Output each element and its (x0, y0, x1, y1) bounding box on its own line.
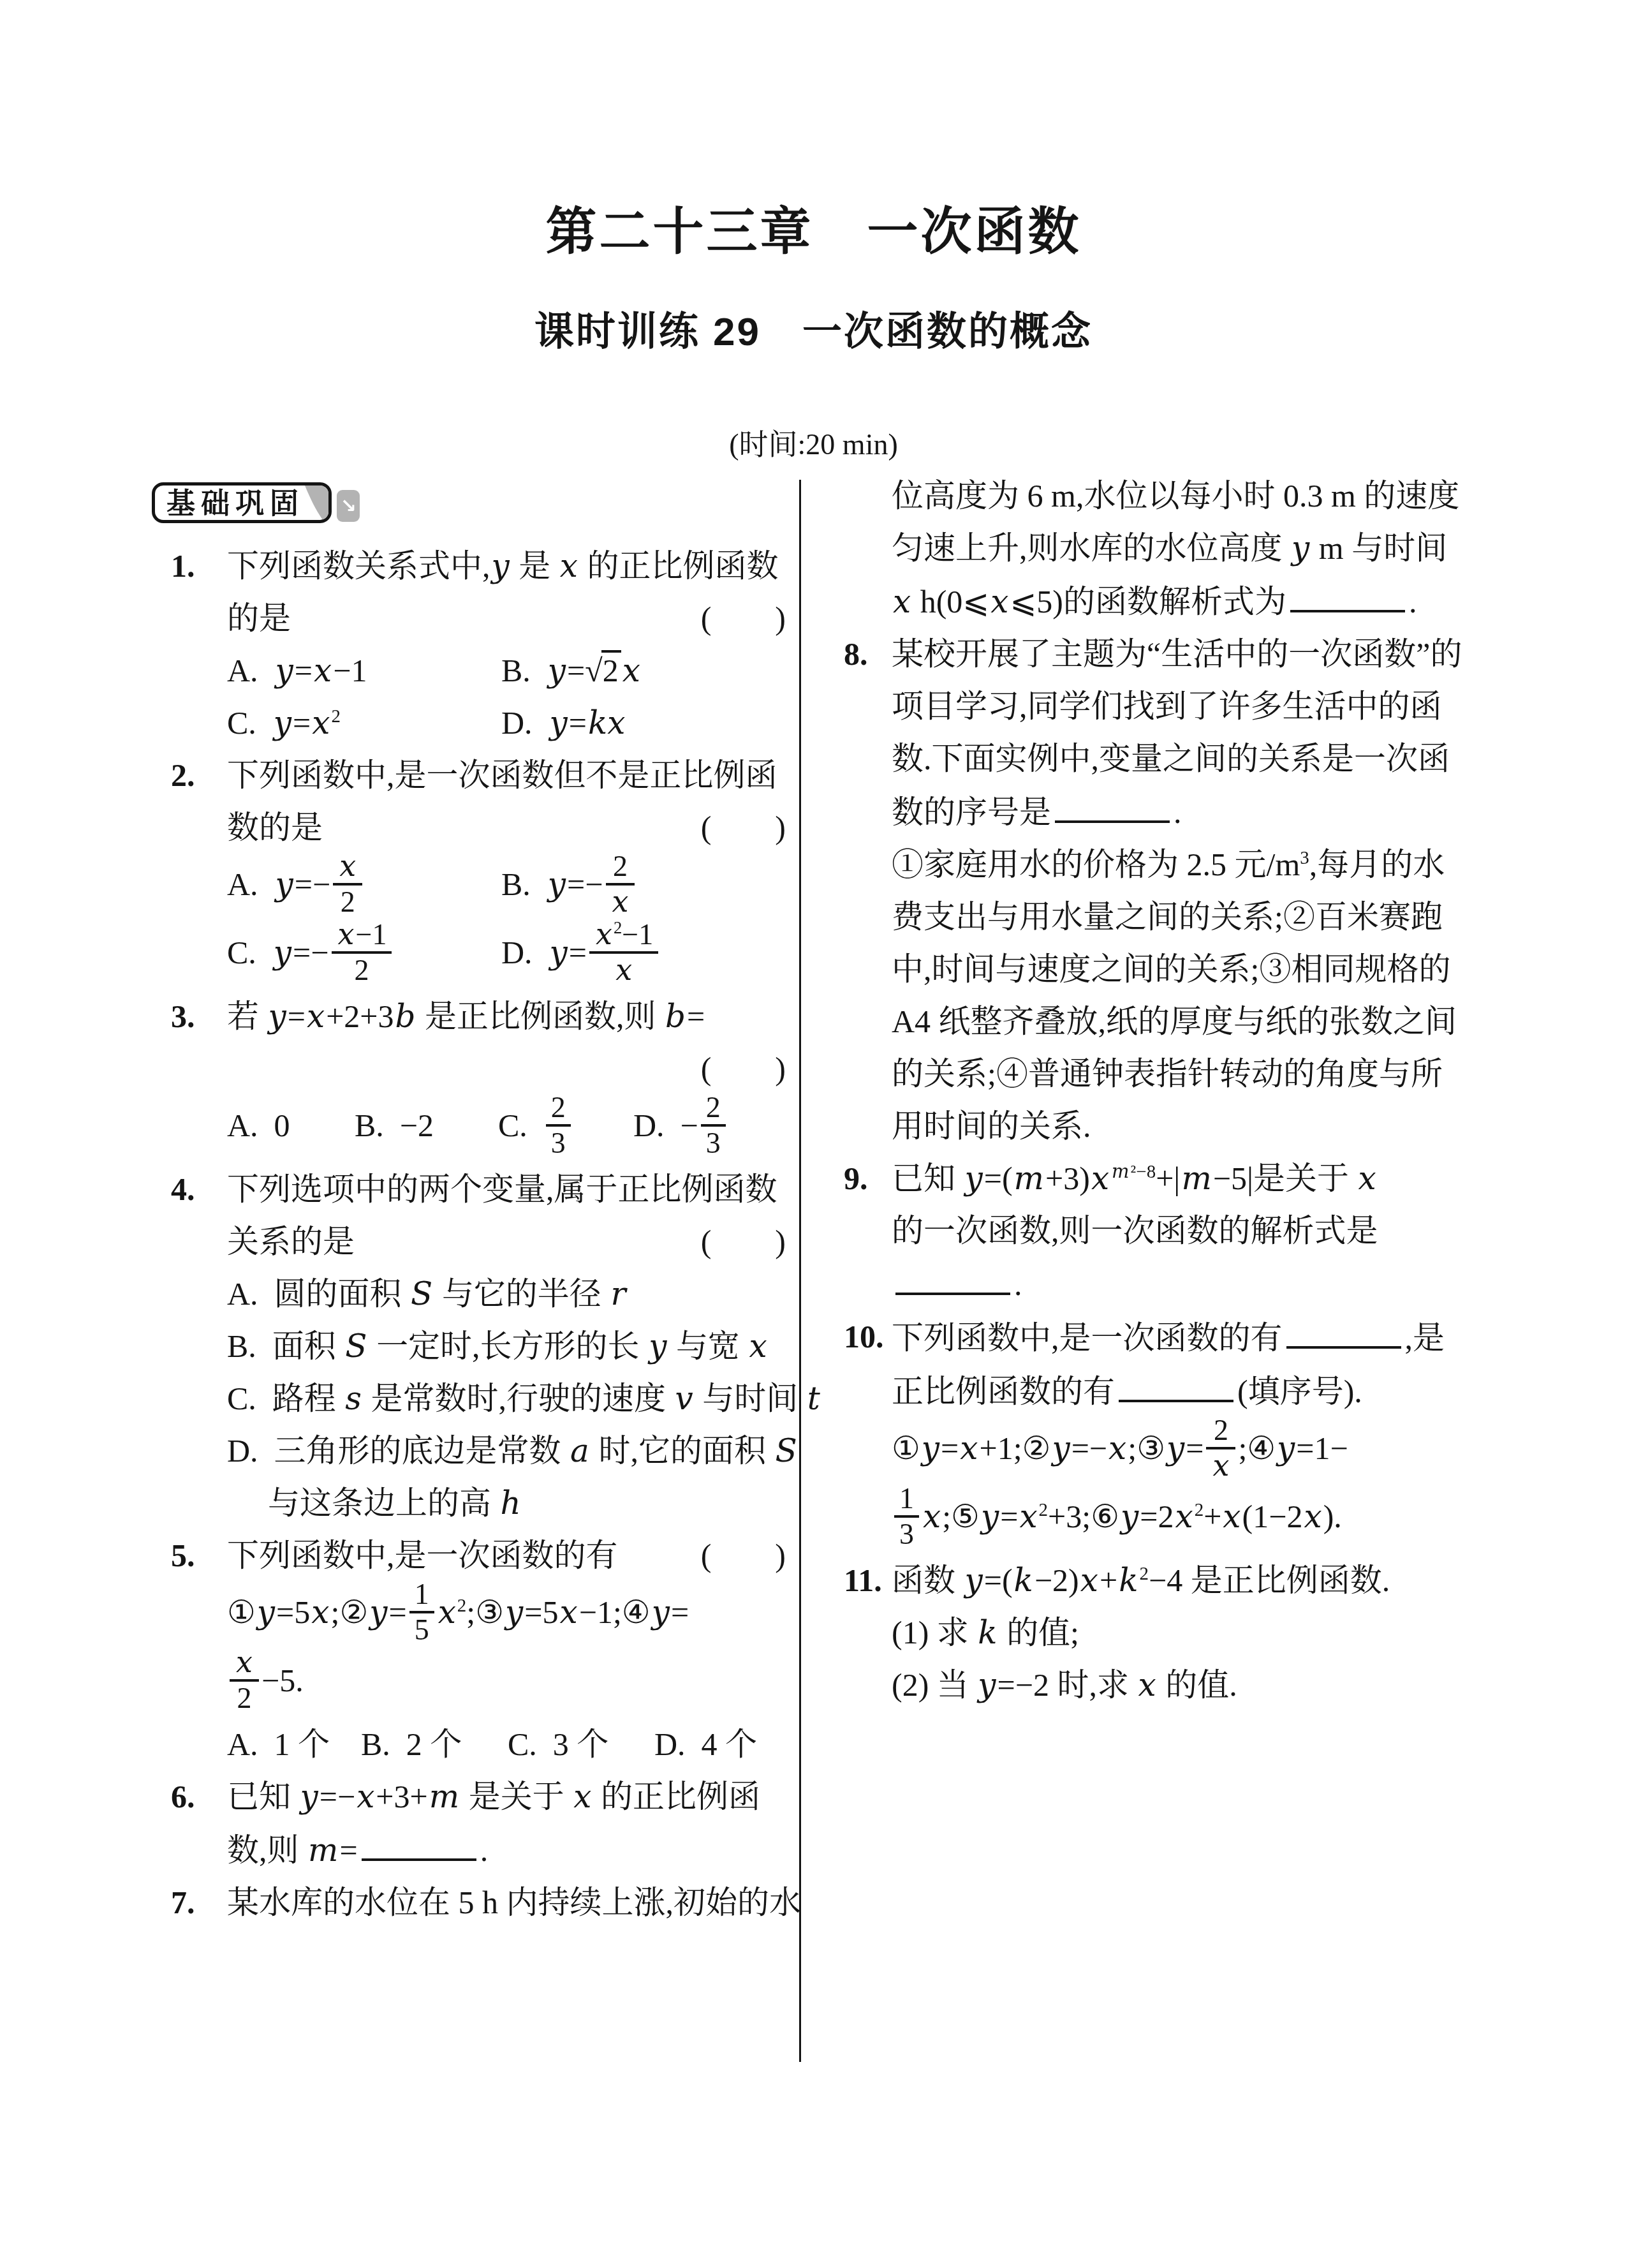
answer-blank (362, 1823, 476, 1861)
problem-body: 若 y=x+2+3b 是正比例函数,则 b=( )A. 0B. −2C. 23D… (227, 990, 786, 1163)
problem-body: 已知 y=(m+3)xm²−8+|m−5|是关于 x的一次函数,则一次函数的解析… (892, 1152, 1507, 1310)
problem-number: 2. (171, 749, 227, 801)
problem-line: 的一次函数,则一次函数的解析式是 (892, 1204, 1507, 1257)
problem-line: 已知 y=−x+3+m 是关于 x 的正比例函 (227, 1770, 786, 1823)
problem-text: A. 圆的面积 S 与它的半径 r (227, 1268, 627, 1320)
problem-line: A. 圆的面积 S 与它的半径 r (227, 1268, 786, 1320)
option: B. y=−2x (501, 854, 637, 922)
problem-line: . (892, 1257, 1507, 1310)
answer-blank (895, 1257, 1010, 1295)
problem-text: 13x;⑤y=x2+3;⑥y=2x2+x(1−2x). (892, 1486, 1342, 1554)
problem-body: 函数 y=(k−2)x+k2−4 是正比例函数.(1) 求 k 的值;(2) 当… (892, 1554, 1507, 1711)
problem-line: 下列函数关系式中,y 是 x 的正比例函数 (227, 540, 786, 592)
problem-text: 的一次函数,则一次函数的解析式是 (892, 1204, 1378, 1257)
problem-number: 6. (171, 1770, 227, 1823)
problem-text: 函数 y=(k−2)x+k2−4 是正比例函数. (892, 1554, 1390, 1606)
fraction: x2−1x (589, 918, 658, 986)
problem-number: 10. (844, 1310, 892, 1363)
problem-8: 8.某校开展了主题为“生活中的一次函数”的项目学习,同学们找到了许多生活中的函数… (844, 628, 1507, 1152)
answer-blank (1119, 1364, 1233, 1402)
problem-text: B. 面积 S 一定时,长方形的长 y 与宽 x (227, 1320, 769, 1372)
problem-text: 已知 y=−x+3+m 是关于 x 的正比例函 (227, 1770, 760, 1823)
problem-line: 数的是( ) (227, 801, 786, 854)
problem-line: 匀速上升,则水库的水位高度 y m 与时间 (892, 522, 1507, 574)
problem-text: 位高度为 6 m,水位以每小时 0.3 m 的速度 (892, 470, 1459, 522)
fraction: 2x (1206, 1414, 1235, 1482)
arrow-down-right-icon: ↘ (337, 490, 360, 522)
problem-4: 4.下列选项中的两个变量,属于正比例函数关系的是( )A. 圆的面积 S 与它的… (171, 1163, 786, 1529)
option: A. y=−x2 (227, 854, 501, 922)
problem-text: 的关系;④普通钟表指针转动的角度与所 (892, 1048, 1443, 1100)
problem-line: 用时间的关系. (892, 1100, 1507, 1152)
problem-line: x2−5. (227, 1650, 786, 1718)
problem-line: 的关系;④普通钟表指针转动的角度与所 (892, 1048, 1507, 1100)
problem-text: 数的序号是. (892, 785, 1182, 838)
option-row: C. y=−x−12D. y=x2−1x (227, 922, 786, 990)
problem-line: 数,则 m=. (227, 1823, 786, 1876)
problem-line: 与这条边上的高 h (227, 1477, 786, 1529)
problem-text: 若 y=x+2+3b 是正比例函数,则 b= (227, 990, 705, 1042)
problem-body: 下列函数中,是一次函数的有( )①y=5x;②y=15x2;③y=5x−1;④y… (227, 1529, 786, 1770)
problem-text: A4 纸整齐叠放,纸的厚度与纸的张数之间 (892, 995, 1457, 1048)
option: D. y=x2−1x (501, 922, 661, 990)
problem-text: x h(0⩽x⩽5)的函数解析式为. (892, 574, 1417, 628)
problem-body: 某水库的水位在 5 h 内持续上涨,初始的水 (227, 1876, 786, 1929)
answer-bracket: ( ) (701, 592, 786, 644)
option: C. y=−x−12 (227, 922, 501, 990)
problem-9: 9.已知 y=(m+3)xm²−8+|m−5|是关于 x的一次函数,则一次函数的… (844, 1152, 1507, 1310)
problem-line: D. 三角形的底边是常数 a 时,它的面积 S (227, 1425, 786, 1477)
problem-text: 数,则 m=. (227, 1823, 488, 1876)
fraction: x2 (230, 1646, 259, 1714)
fraction: 23 (546, 1091, 571, 1159)
problem-number: 5. (171, 1529, 227, 1582)
answer-blank (1286, 1310, 1401, 1349)
problem-line: B. 面积 S 一定时,长方形的长 y 与宽 x (227, 1320, 786, 1372)
problem-line: ①y=5x;②y=15x2;③y=5x−1;④y= (227, 1582, 786, 1650)
problem-line: 下列选项中的两个变量,属于正比例函数 (227, 1163, 786, 1215)
problem-line: A4 纸整齐叠放,纸的厚度与纸的张数之间 (892, 995, 1507, 1048)
option: C. 3 个 (508, 1718, 654, 1770)
option: A. 0 (227, 1099, 355, 1152)
problem-number: 11. (844, 1554, 892, 1606)
problem-2: 2.下列函数中,是一次函数但不是正比例函数的是( )A. y=−x2B. y=−… (171, 749, 786, 990)
answer-blank (1290, 574, 1405, 612)
left-column: 1.下列函数关系式中,y 是 x 的正比例函数的是( )A. y=x−1B. y… (171, 540, 786, 1929)
problem-number: 3. (171, 990, 227, 1042)
problem-text: 与这条边上的高 h (268, 1477, 522, 1529)
problem-text: C. 路程 s 是常数时,行驶的速度 v 与时间 t (227, 1372, 821, 1425)
option: C. y=x2 (227, 697, 501, 749)
lesson-title: 课时训练 29 一次函数的概念 (0, 300, 1627, 357)
problem-line: C. 路程 s 是常数时,行驶的速度 v 与时间 t (227, 1372, 786, 1425)
problem-text: 下列选项中的两个变量,属于正比例函数 (227, 1163, 777, 1215)
problem-number: 9. (844, 1152, 892, 1204)
problem-text: ①y=5x;②y=15x2;③y=5x−1;④y= (227, 1582, 689, 1650)
problem-text: . (892, 1257, 1022, 1310)
problem-line: 下列函数中,是一次函数的有( ) (227, 1529, 786, 1582)
option: D. −23 (633, 1095, 728, 1163)
option-row: A. y=−x2B. y=−2x (227, 854, 786, 922)
problem-line: 项目学习,同学们找到了许多生活中的函 (892, 680, 1507, 732)
problem-text: 的是 (227, 592, 291, 644)
worksheet-page: 第二十三章 一次函数 课时训练 29 一次函数的概念 (时间:20 min) 基… (0, 0, 1627, 2268)
option: A. 1 个 (227, 1718, 361, 1770)
problem-text: ①y=x+1;②y=−x;③y=2x;④y=1− (892, 1418, 1348, 1486)
problem-line: ①家庭用水的价格为 2.5 元/m3,每月的水 (892, 838, 1507, 891)
problem-line: 下列函数中,是一次函数但不是正比例函 (227, 749, 786, 801)
fraction: 23 (701, 1091, 726, 1159)
problem-line: 的是( ) (227, 592, 786, 644)
option: D. 4 个 (654, 1718, 757, 1770)
problem-line: 某水库的水位在 5 h 内持续上涨,初始的水 (227, 1876, 786, 1929)
problem-line: 中,时间与速度之间的关系;③相同规格的 (892, 943, 1507, 995)
fraction: x−12 (332, 918, 392, 986)
problem-text: 费支出与用水量之间的关系;②百米赛跑 (892, 891, 1443, 943)
option: D. y=kx (501, 697, 627, 749)
problem-text: 用时间的关系. (892, 1100, 1091, 1152)
problem-body: 位高度为 6 m,水位以每小时 0.3 m 的速度匀速上升,则水库的水位高度 y… (892, 470, 1507, 628)
option: B. −2 (355, 1099, 498, 1152)
problem-text: 下列函数中,是一次函数但不是正比例函 (227, 749, 777, 801)
sqrt-radical: √2 (585, 650, 621, 688)
answer-blank (1055, 785, 1170, 823)
problem-text: (1) 求 k 的值; (892, 1606, 1079, 1659)
problem-line: 数的序号是. (892, 785, 1507, 838)
problem-line: ( ) (227, 1042, 786, 1095)
problem-text: 数.下面实例中,变量之间的关系是一次函 (892, 732, 1450, 785)
problem-text: 数的是 (227, 801, 323, 854)
fraction: 13 (894, 1482, 919, 1550)
option: B. 2 个 (361, 1718, 508, 1770)
option-row: A. 0B. −2C. 23D. −23 (227, 1095, 786, 1163)
problem-3: 3.若 y=x+2+3b 是正比例函数,则 b=( )A. 0B. −2C. 2… (171, 990, 786, 1163)
problem-line: 若 y=x+2+3b 是正比例函数,则 b= (227, 990, 786, 1042)
problem-body: 某校开展了主题为“生活中的一次函数”的项目学习,同学们找到了许多生活中的函数.下… (892, 628, 1507, 1152)
problem-text: 某水库的水位在 5 h 内持续上涨,初始的水 (227, 1876, 801, 1929)
fraction: x2 (333, 850, 362, 918)
problem-body: 已知 y=−x+3+m 是关于 x 的正比例函数,则 m=. (227, 1770, 786, 1876)
problem-line: 关系的是( ) (227, 1215, 786, 1268)
problem-number: 8. (844, 628, 892, 680)
problem-7-continued: 位高度为 6 m,水位以每小时 0.3 m 的速度匀速上升,则水库的水位高度 y… (844, 470, 1507, 628)
problem-text: 下列函数中,是一次函数的有,是 (892, 1310, 1445, 1364)
problem-text: 下列函数关系式中,y 是 x 的正比例函数 (227, 540, 778, 592)
problem-body: 下列函数中,是一次函数的有,是正比例函数的有(填序号).①y=x+1;②y=−x… (892, 1310, 1507, 1554)
problem-text: 已知 y=(m+3)xm²−8+|m−5|是关于 x (892, 1152, 1378, 1204)
answer-bracket: ( ) (701, 801, 786, 854)
answer-bracket: ( ) (701, 1529, 786, 1582)
problem-text: 正比例函数的有(填序号). (892, 1364, 1362, 1418)
problem-7: 7.某水库的水位在 5 h 内持续上涨,初始的水 (171, 1876, 786, 1929)
problem-body: 下列函数中,是一次函数但不是正比例函数的是( )A. y=−x2B. y=−2x… (227, 749, 786, 990)
problem-text: ①家庭用水的价格为 2.5 元/m3,每月的水 (892, 838, 1445, 891)
chapter-title: 第二十三章 一次函数 (0, 190, 1627, 263)
problem-text: D. 三角形的底边是常数 a 时,它的面积 S (227, 1425, 799, 1477)
problem-line: 正比例函数的有(填序号). (892, 1364, 1507, 1418)
problem-6: 6.已知 y=−x+3+m 是关于 x 的正比例函数,则 m=. (171, 1770, 786, 1876)
fraction: 2x (606, 850, 635, 918)
problem-number: 7. (171, 1876, 227, 1929)
problem-line: 数.下面实例中,变量之间的关系是一次函 (892, 732, 1507, 785)
time-note: (时间:20 min) (0, 421, 1627, 463)
fraction: 15 (409, 1578, 434, 1646)
problem-1: 1.下列函数关系式中,y 是 x 的正比例函数的是( )A. y=x−1B. y… (171, 540, 786, 749)
problem-text: 关系的是 (227, 1215, 355, 1268)
problem-text: 匀速上升,则水库的水位高度 y m 与时间 (892, 522, 1447, 574)
option: C. 23 (498, 1095, 633, 1163)
problem-line: (2) 当 y=−2 时,求 x 的值. (892, 1659, 1507, 1711)
problem-line: 某校开展了主题为“生活中的一次函数”的 (892, 628, 1507, 680)
problem-line: 已知 y=(m+3)xm²−8+|m−5|是关于 x (892, 1152, 1507, 1204)
answer-bracket: ( ) (701, 1042, 786, 1095)
problem-10: 10.下列函数中,是一次函数的有,是正比例函数的有(填序号).①y=x+1;②y… (844, 1310, 1507, 1554)
problem-number: 1. (171, 540, 227, 592)
problem-number: 4. (171, 1163, 227, 1215)
problem-body: 下列选项中的两个变量,属于正比例函数关系的是( )A. 圆的面积 S 与它的半径… (227, 1163, 786, 1529)
problem-line: ①y=x+1;②y=−x;③y=2x;④y=1− (892, 1418, 1507, 1486)
answer-bracket: ( ) (701, 1215, 786, 1268)
option-row: A. y=x−1B. y=√2x (227, 644, 786, 697)
problem-text: (2) 当 y=−2 时,求 x 的值. (892, 1659, 1237, 1711)
option: B. y=√2x (501, 644, 642, 697)
column-divider (799, 480, 801, 2062)
option: A. y=x−1 (227, 644, 501, 697)
problem-text: 下列函数中,是一次函数的有 (227, 1529, 618, 1582)
problem-body: 下列函数关系式中,y 是 x 的正比例函数的是( )A. y=x−1B. y=√… (227, 540, 786, 749)
problem-text: 中,时间与速度之间的关系;③相同规格的 (892, 943, 1450, 995)
problem-line: 函数 y=(k−2)x+k2−4 是正比例函数. (892, 1554, 1507, 1606)
problem-line: 费支出与用水量之间的关系;②百米赛跑 (892, 891, 1507, 943)
problem-5: 5.下列函数中,是一次函数的有( )①y=5x;②y=15x2;③y=5x−1;… (171, 1529, 786, 1770)
problem-line: 下列函数中,是一次函数的有,是 (892, 1310, 1507, 1364)
problem-text: x2−5. (227, 1650, 304, 1718)
problem-text: 项目学习,同学们找到了许多生活中的函 (892, 680, 1442, 732)
right-column: 位高度为 6 m,水位以每小时 0.3 m 的速度匀速上升,则水库的水位高度 y… (844, 470, 1507, 1711)
problem-11: 11.函数 y=(k−2)x+k2−4 是正比例函数.(1) 求 k 的值;(2… (844, 1554, 1507, 1711)
problem-line: 位高度为 6 m,水位以每小时 0.3 m 的速度 (892, 470, 1507, 522)
problem-line: x h(0⩽x⩽5)的函数解析式为. (892, 574, 1507, 628)
option-row: C. y=x2D. y=kx (227, 697, 786, 749)
section-badge-label: 基础巩固 (166, 482, 304, 522)
option-row: A. 1 个B. 2 个C. 3 个D. 4 个 (227, 1718, 786, 1770)
problem-line: (1) 求 k 的值; (892, 1606, 1507, 1659)
problem-text: 某校开展了主题为“生活中的一次函数”的 (892, 628, 1462, 680)
problem-line: 13x;⑤y=x2+3;⑥y=2x2+x(1−2x). (892, 1486, 1507, 1554)
section-badge: 基础巩固 (152, 482, 332, 523)
